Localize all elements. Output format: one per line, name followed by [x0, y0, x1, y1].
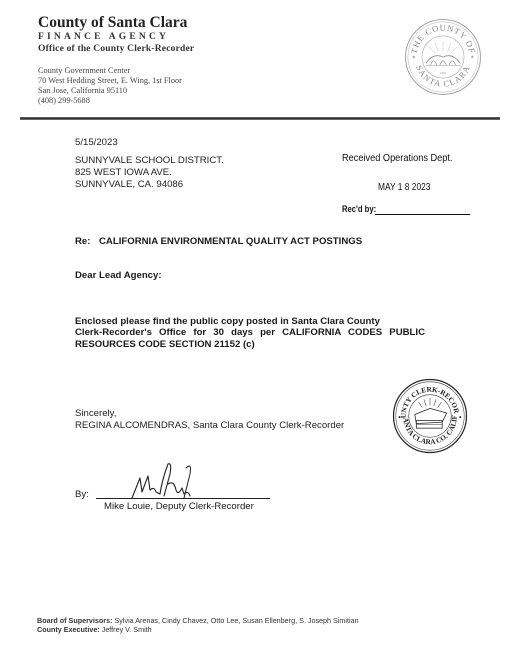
clerk-recorder-seal-icon: COUNTY CLERK-RECORDER SANTA CLARA CO. CA… [392, 378, 468, 454]
address-line: County Government Center [38, 66, 130, 75]
received-stamp-title: Received Operations Dept. [342, 153, 452, 164]
recipient-line: SUNNYVALE SCHOOL DISTRICT. [75, 155, 224, 166]
deputy-name: Mike Louie, Deputy Clerk-Recorder [104, 501, 254, 512]
executive-name: Jeffrey V. Smith [102, 625, 152, 634]
signer-name: REGINA ALCOMENDRAS, Santa Clara County C… [75, 420, 344, 431]
recipient-line: 825 WEST IOWA AVE. [75, 167, 172, 178]
address-line: 70 West Hedding Street, E. Wing, 1st Flo… [38, 76, 182, 85]
paragraph-line: Enclosed please find the public copy pos… [75, 316, 425, 327]
letter-date: 5/15/2023 [75, 137, 118, 148]
received-stamp-date: MAY 1 8 2023 [378, 181, 430, 193]
recipient-line: SUNNYVALE, CA. 94086 [75, 179, 183, 190]
agency-name: FINANCE AGENCY [38, 32, 169, 42]
board-label: Board of Supervisors: [37, 616, 112, 625]
re-label: Re: [75, 236, 90, 247]
paragraph-line: Clerk-Recorder's Office for 30 days per … [75, 327, 425, 338]
county-name: County of Santa Clara [38, 14, 187, 32]
county-seal-icon: THE COUNTY OF SANTA CLARA 1850 ★★ [404, 18, 482, 96]
header-divider [20, 117, 500, 120]
svg-text:SANTA CLARA: SANTA CLARA [414, 63, 472, 88]
svg-text:★: ★ [412, 55, 417, 61]
svg-text:★: ★ [470, 55, 475, 61]
executive-label: County Executive: [37, 625, 100, 634]
address-line: San Jose, California 95110 [38, 86, 127, 95]
footer-executive: County Executive: Jeffrey V. Smith [37, 625, 152, 634]
paragraph-line: RESOURCES CODE SECTION 21152 (c) [75, 339, 425, 350]
salutation: Dear Lead Agency: [75, 270, 162, 281]
closing: Sincerely, [75, 408, 116, 419]
signature-icon [130, 460, 202, 502]
footer-board: Board of Supervisors: Sylvia Arenas, Cin… [37, 616, 359, 625]
board-members: Sylvia Arenas, Cindy Chavez, Otto Lee, S… [114, 616, 358, 625]
received-by-label: Rec'd by: [342, 204, 376, 214]
office-name: Office of the County Clerk-Recorder [38, 44, 194, 54]
re-subject: CALIFORNIA ENVIRONMENTAL QUALITY ACT POS… [99, 236, 362, 247]
svg-text:1850: 1850 [440, 71, 447, 75]
phone-line: (408) 299-5688 [38, 96, 90, 105]
received-by-line [375, 214, 470, 215]
svg-text:●: ● [398, 414, 401, 419]
by-label: By: [75, 489, 89, 500]
svg-text:●: ● [459, 414, 462, 419]
body-paragraph: Enclosed please find the public copy pos… [75, 316, 425, 350]
svg-text:COUNTY CLERK-RECORDER: COUNTY CLERK-RECORDER [392, 378, 460, 418]
